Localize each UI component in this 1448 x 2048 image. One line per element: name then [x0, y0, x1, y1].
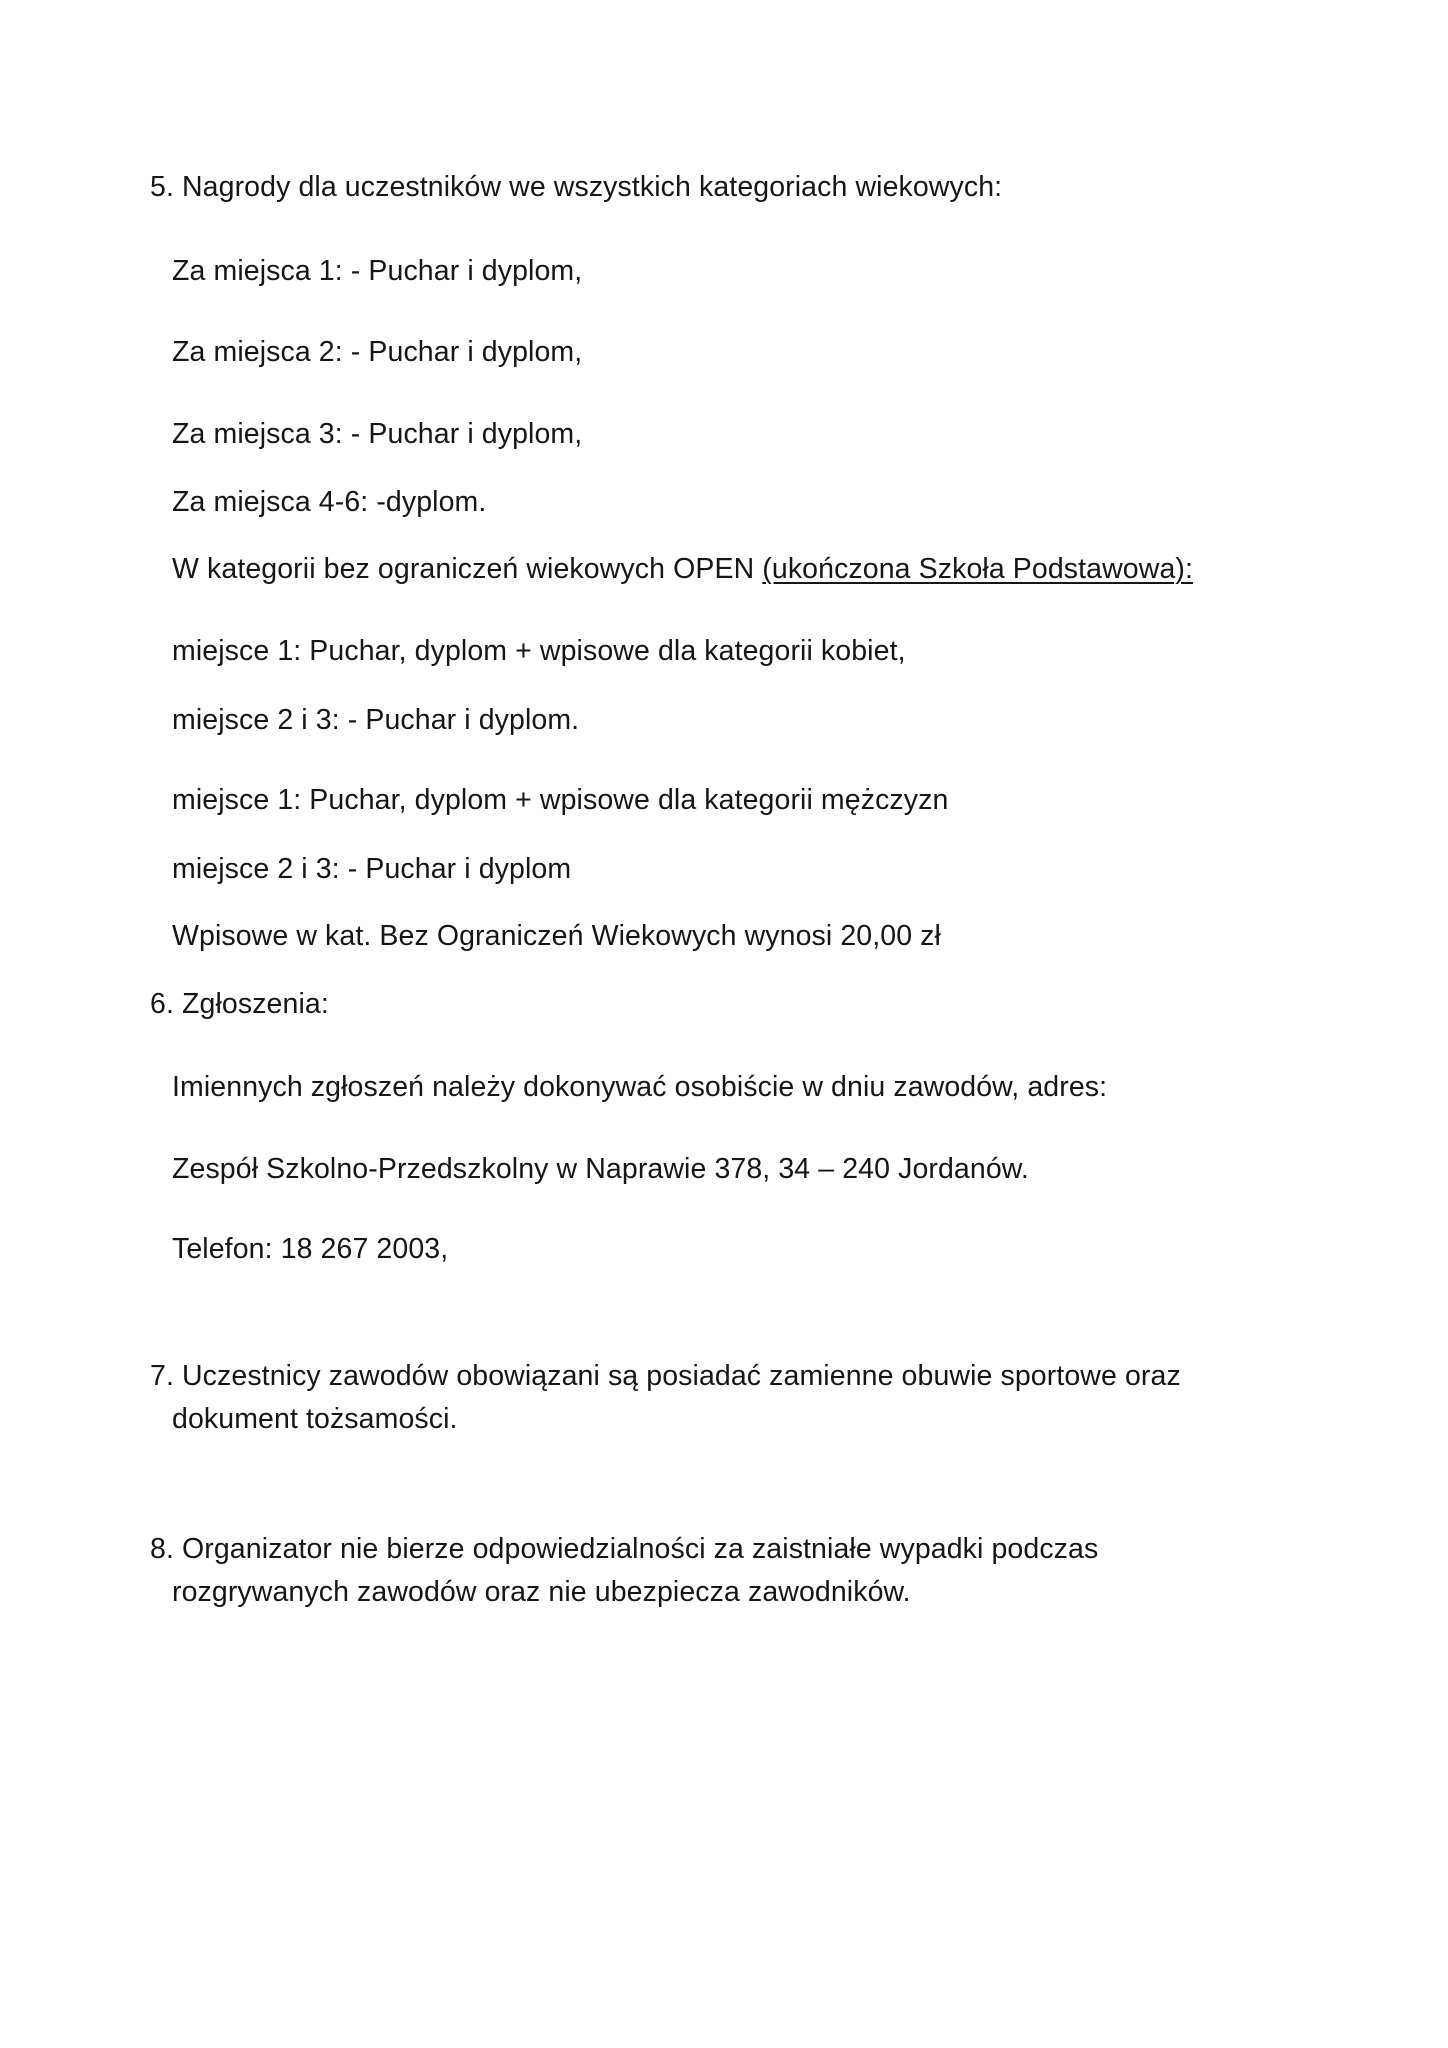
prize-line: Za miejsca 1: - Puchar i dyplom, [172, 254, 582, 288]
open-prize-line: miejsce 2 i 3: - Puchar i dyplom [172, 852, 571, 886]
section-title: Nagrody dla uczestników we wszystkich ka… [182, 171, 1002, 203]
section-8-heading: 8. Organizator nie bierze odpowiedzialno… [150, 1532, 1098, 1566]
document-page: 5. Nagrody dla uczestników we wszystkich… [0, 0, 1448, 2048]
entry-fee-line: Wpisowe w kat. Bez Ograniczeń Wiekowych … [172, 919, 941, 953]
open-category-line: W kategorii bez ograniczeń wiekowych OPE… [172, 552, 1193, 586]
section-6-heading: 6. Zgłoszenia: [150, 987, 329, 1021]
section-text: Uczestnicy zawodów obowiązani są posiada… [182, 1360, 1181, 1392]
section-number: 7. [150, 1360, 182, 1392]
section-number: 5. [150, 171, 182, 203]
section-text: Organizator nie bierze odpowiedzialności… [182, 1533, 1098, 1565]
prize-line: Za miejsca 2: - Puchar i dyplom, [172, 335, 582, 369]
section-5-heading: 5. Nagrody dla uczestników we wszystkich… [150, 170, 1002, 204]
section-7-heading: 7. Uczestnicy zawodów obowiązani są posi… [150, 1359, 1181, 1393]
open-prize-line: miejsce 2 i 3: - Puchar i dyplom. [172, 703, 579, 737]
phone-line: Telefon: 18 267 2003, [172, 1232, 448, 1266]
open-prize-line: miejsce 1: Puchar, dyplom + wpisowe dla … [172, 634, 906, 668]
prize-line: Za miejsca 3: - Puchar i dyplom, [172, 417, 582, 451]
registration-line: Imiennych zgłoszeń należy dokonywać osob… [172, 1070, 1107, 1104]
open-category-underlined: (ukończona Szkoła Podstawowa): [762, 553, 1193, 585]
open-prize-line: miejsce 1: Puchar, dyplom + wpisowe dla … [172, 783, 948, 817]
open-category-text: W kategorii bez ograniczeń wiekowych OPE… [172, 553, 762, 585]
section-title: Zgłoszenia: [182, 988, 329, 1020]
section-number: 8. [150, 1533, 182, 1565]
section-number: 6. [150, 988, 182, 1020]
prize-line: Za miejsca 4-6: -dyplom. [172, 485, 486, 519]
section-7-continuation: dokument tożsamości. [172, 1402, 458, 1436]
address-line: Zespół Szkolno-Przedszkolny w Naprawie 3… [172, 1152, 1029, 1186]
section-8-continuation: rozgrywanych zawodów oraz nie ubezpiecza… [172, 1575, 911, 1609]
